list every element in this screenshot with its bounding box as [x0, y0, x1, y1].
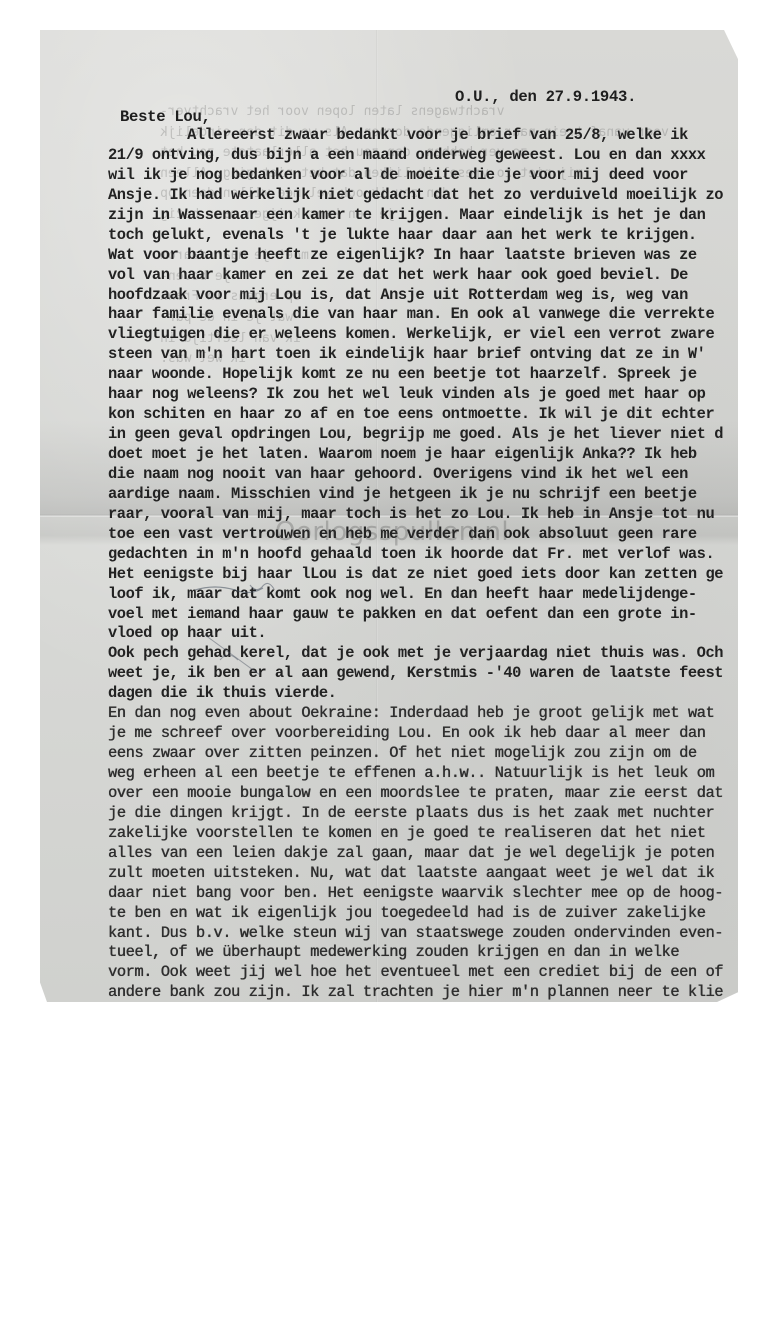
letter-line: voel met iemand haar gauw te pakken en d… — [108, 605, 723, 625]
letter-line: andere bank zou zijn. Ik zal trachten je… — [108, 983, 723, 1003]
letter-line: Allereerst zwaar bedankt voor je brief v… — [108, 126, 723, 146]
letter-line: vol van haar kamer en zei ze dat het wer… — [108, 266, 723, 286]
letter-line: je me schreef over voorbereiding Lou. En… — [108, 724, 723, 744]
letter-line: in geen geval opdringen Lou, begrijp me … — [108, 425, 723, 445]
letter-line: weet je, ik ben er al aan gewend, Kerstm… — [108, 664, 723, 684]
letter-line: te ben en wat ik eigenlijk jou toegedeel… — [108, 904, 723, 924]
letter-line: aardige naam. Misschien vind je hetgeen … — [108, 485, 723, 505]
letter-line: loof ik, maar dat komt ook nog wel. En d… — [108, 585, 723, 605]
letter-line: Ansje. Ik had werkelijk niet gedacht dat… — [108, 186, 723, 206]
letter-line: over een mooie bungalow en een moordslee… — [108, 784, 723, 804]
letter-line: naar woonde. Hopelijk komt ze nu een bee… — [108, 365, 723, 385]
letter-line: kon schiten en haar zo af en toe eens on… — [108, 405, 723, 425]
letter-line: Ook pech gehad kerel, dat je ook met je … — [108, 644, 723, 664]
letter-line: zakelijke voorstellen te komen en je goe… — [108, 824, 723, 844]
letter-line: wil ik je nog bedanken voor al de moeite… — [108, 166, 723, 186]
letter-line: eens zwaar over zitten peinzen. Of het n… — [108, 744, 723, 764]
letter-line: je die dingen krijgt. In de eerste plaat… — [108, 804, 723, 824]
letter-body: Allereerst zwaar bedankt voor je brief v… — [108, 126, 723, 1024]
letter-line: toch gelukt, evenals 't je lukte haar da… — [108, 226, 723, 246]
letter-line: 21/9 ontving, dus bijn a een maand onder… — [108, 146, 723, 166]
letter-line: deren, veranderingen voorbehouden natuur… — [108, 1003, 723, 1023]
letter-dateline: O.U., den 27.9.1943. — [455, 88, 636, 106]
letter-line: steen van m'n hart toen ik eindelijk haa… — [108, 345, 723, 365]
letter-line: Wat voor baantje heeft ze eigenlijk? In … — [108, 246, 723, 266]
letter-line: vloed op haar uit. — [108, 624, 723, 644]
letter-line: vliegtuigen die er weleens komen. Werkel… — [108, 325, 723, 345]
letter-line: Het eenigste bij haar lLou is dat ze nie… — [108, 565, 723, 585]
letter-line: haar familie evenals die van haar man. E… — [108, 305, 723, 325]
letter-line: haar nog weleens? Ik zou het wel leuk vi… — [108, 385, 723, 405]
letter-line: En dan nog even about Oekraine: Inderdaa… — [108, 704, 723, 724]
letter-line: weg erheen al een beetje te effenen a.h.… — [108, 764, 723, 784]
letter-line: hoofdzaak voor mij Lou is, dat Ansje uit… — [108, 286, 723, 306]
letter-line: tueel, of we überhaupt medewerking zoude… — [108, 943, 723, 963]
letter-line: alles van een leien dakje zal gaan, maar… — [108, 844, 723, 864]
letter-line: zijn in Wassenaar een kamer te krijgen. … — [108, 206, 723, 226]
letter-line: gedachten in m'n hoofd gehaald toen ik h… — [108, 545, 723, 565]
letter-line: raar, vooral van mij, maar toch is het z… — [108, 505, 723, 525]
letter-salutation: Beste Lou, — [120, 108, 211, 126]
letter-line: vorm. Ook weet jij wel hoe het eventueel… — [108, 963, 723, 983]
letter-line: zult moeten uitsteken. Nu, wat dat laats… — [108, 864, 723, 884]
letter-line: doet moet je het laten. Waarom noem je h… — [108, 445, 723, 465]
letter-line: daar niet bang voor ben. Het eenigste wa… — [108, 884, 723, 904]
letter-line: kant. Dus b.v. welke steun wij van staat… — [108, 924, 723, 944]
letter-line: dagen die ik thuis vierde. — [108, 684, 723, 704]
letter-page: vrachtwagens laten lopen voor het vracht… — [40, 30, 738, 1002]
letter-line: die naam nog nooit van haar gehoord. Ove… — [108, 465, 723, 485]
letter-line: toe een vast vertrouwen en heb me verder… — [108, 525, 723, 545]
